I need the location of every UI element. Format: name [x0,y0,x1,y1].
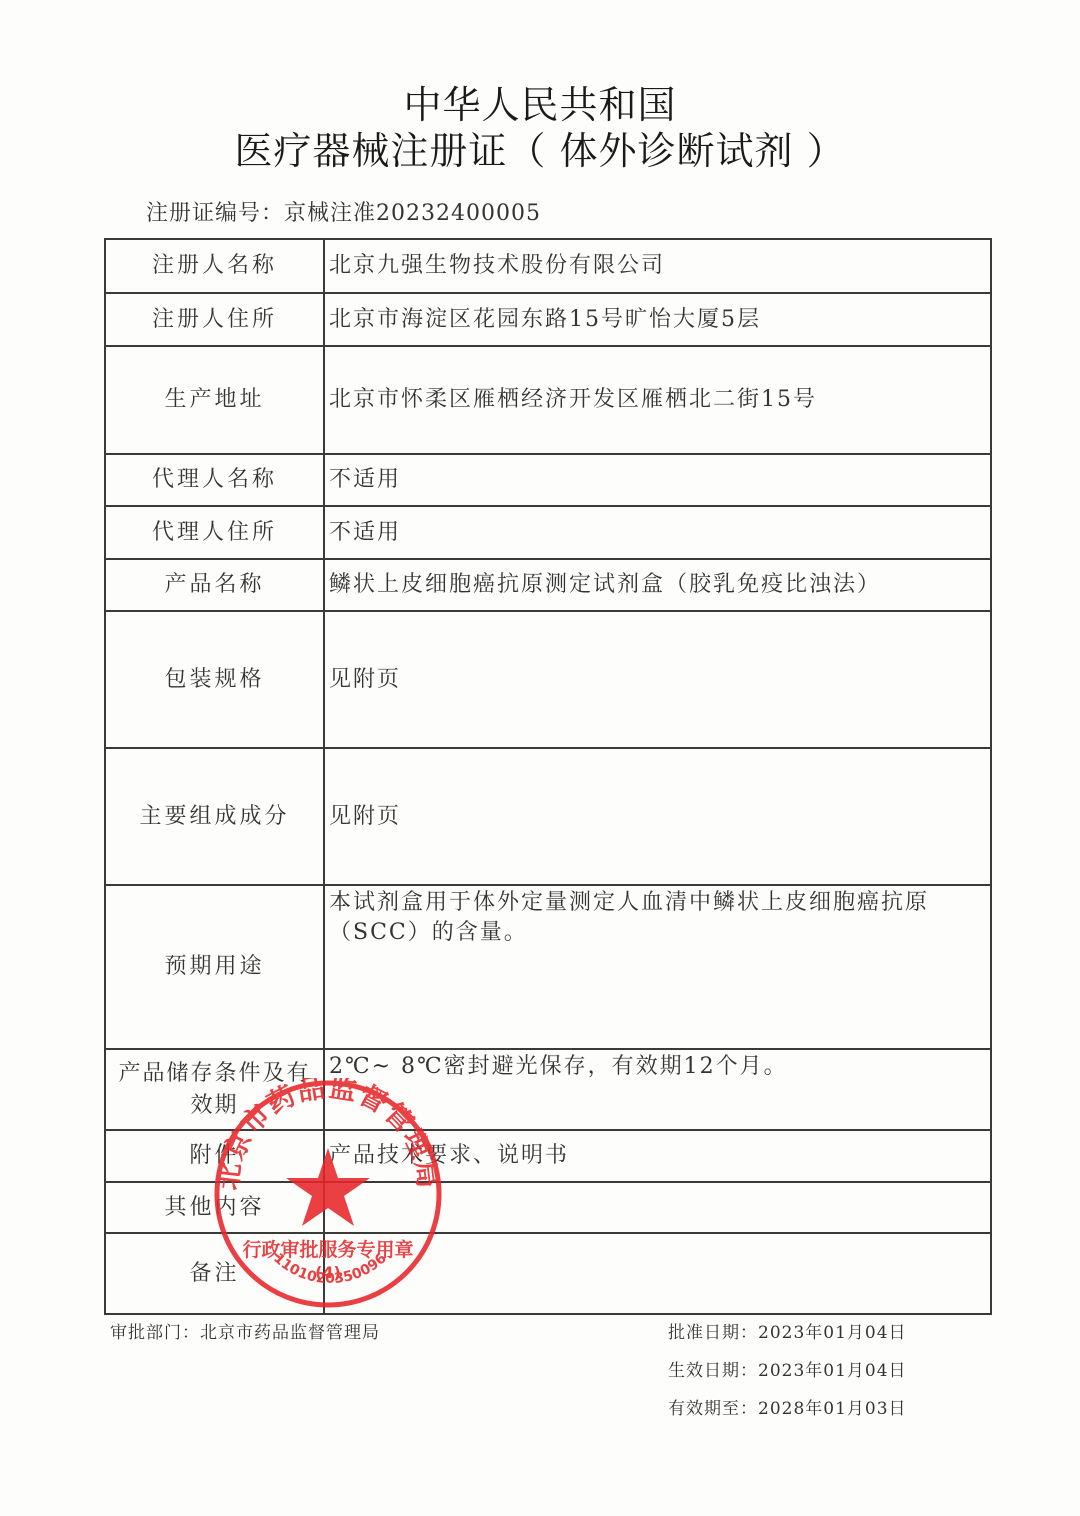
value-remarks [325,1234,990,1313]
valid-until: 有效期至：2028年01月03日 [668,1394,907,1419]
label-production-address: 生产地址 [106,347,325,453]
row-main-components: 主要组成成分 见附页 [106,747,990,884]
label-agent-name: 代理人名称 [106,455,325,505]
valid-until-label: 有效期至： [668,1399,758,1419]
label-registrant-address: 注册人住所 [106,294,325,345]
effective-date: 生效日期：2023年01月04日 [668,1356,907,1381]
document-title-certificate: 医疗器械注册证（ 体外诊断试剂 ） [0,120,1080,175]
label-main-components: 主要组成成分 [106,749,325,884]
value-attachments: 产品技术要求、说明书 [325,1131,990,1181]
label-package-spec: 包装规格 [106,612,325,747]
value-other-content [325,1183,990,1232]
value-product-name: 鳞状上皮细胞癌抗原测定试剂盒（胶乳免疫比浊法） [325,560,990,610]
value-storage-validity: 2℃~ 8℃密封避光保存，有效期12个月。 [325,1050,990,1129]
effective-date-label: 生效日期： [668,1361,758,1381]
value-registrant-name: 北京九强生物技术股份有限公司 [325,240,990,292]
row-agent-address: 代理人住所 不适用 [106,505,990,558]
label-agent-address: 代理人住所 [106,507,325,558]
value-main-components: 见附页 [325,749,990,884]
row-attachments: 附件 产品技术要求、说明书 [106,1129,990,1181]
approval-date-value: 2023年01月04日 [758,1323,907,1343]
approval-date-label: 批准日期： [668,1323,758,1343]
value-registrant-address: 北京市海淀区花园东路15号旷怡大厦5层 [325,294,990,345]
label-intended-use: 预期用途 [106,886,325,1048]
row-agent-name: 代理人名称 不适用 [106,453,990,505]
registration-number: 注册证编号：京械注准20232400005 [146,196,541,227]
row-product-name: 产品名称 鳞状上皮细胞癌抗原测定试剂盒（胶乳免疫比浊法） [106,558,990,610]
approval-department: 审批部门：北京市药品监督管理局 [110,1318,380,1343]
row-registrant-name: 注册人名称 北京九强生物技术股份有限公司 [106,240,990,292]
label-product-name: 产品名称 [106,560,325,610]
approval-department-value: 北京市药品监督管理局 [200,1323,380,1343]
label-registrant-name: 注册人名称 [106,240,325,292]
label-remarks: 备注 [106,1234,325,1313]
row-storage-validity: 产品储存条件及有效期 2℃~ 8℃密封避光保存，有效期12个月。 [106,1048,990,1129]
value-agent-address: 不适用 [325,507,990,558]
row-production-address: 生产地址 北京市怀柔区雁栖经济开发区雁栖北二街15号 [106,345,990,453]
valid-until-value: 2028年01月03日 [758,1399,907,1419]
row-other-content: 其他内容 [106,1181,990,1232]
value-agent-name: 不适用 [325,455,990,505]
row-package-spec: 包装规格 见附页 [106,610,990,747]
label-storage-validity: 产品储存条件及有效期 [106,1050,325,1129]
registration-number-label: 注册证编号： [146,201,284,226]
approval-date: 批准日期：2023年01月04日 [668,1318,907,1343]
value-production-address: 北京市怀柔区雁栖经济开发区雁栖北二街15号 [325,347,990,453]
label-other-content: 其他内容 [106,1183,325,1232]
value-intended-use: 本试剂盒用于体外定量测定人血清中鳞状上皮细胞癌抗原（SCC）的含量。 [325,886,990,1048]
effective-date-value: 2023年01月04日 [758,1361,907,1381]
row-intended-use: 预期用途 本试剂盒用于体外定量测定人血清中鳞状上皮细胞癌抗原（SCC）的含量。 [106,884,990,1048]
approval-department-label: 审批部门： [110,1323,200,1343]
value-package-spec: 见附页 [325,612,990,747]
certificate-table: 注册人名称 北京九强生物技术股份有限公司 注册人住所 北京市海淀区花园东路15号… [104,238,992,1315]
registration-number-value: 京械注准20232400005 [284,201,541,226]
label-attachments: 附件 [106,1131,325,1181]
row-remarks: 备注 [106,1232,990,1313]
row-registrant-address: 注册人住所 北京市海淀区花园东路15号旷怡大厦5层 [106,292,990,345]
